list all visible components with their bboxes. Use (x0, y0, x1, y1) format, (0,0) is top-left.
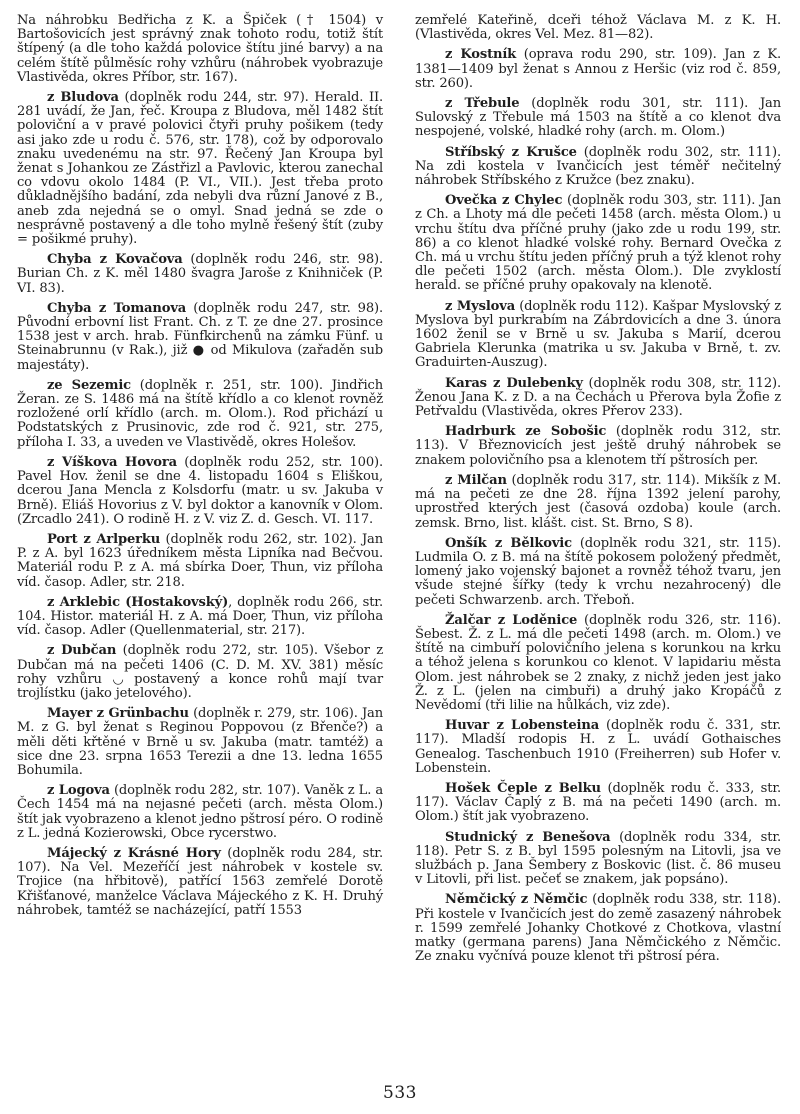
entry-name: ze Sezemic (47, 378, 131, 393)
entry-name: z Logova (47, 783, 110, 798)
entry-name: Němčický z Němčic (445, 892, 587, 907)
entry-z-kostnik: z Kostník (oprava rodu 290, str. 109). J… (415, 48, 781, 91)
right-column: zemřelé Kateřině, dceři téhož Václava M.… (415, 14, 781, 970)
entry-name: Studnický z Benešova (445, 830, 611, 845)
entry-onsik-z-belkovic: Onšík z Bělkovic (doplněk rodu 321, str.… (415, 537, 781, 608)
entry-name: z Kostník (445, 47, 516, 62)
entry-stribsky-z-krusce: Stříbský z Krušce (doplněk rodu 302, str… (415, 146, 781, 189)
entry-hosek-ceple-z-belku: Hošek Čeple z Belku (doplněk rodu č. 333… (415, 782, 781, 825)
left-column: Na náhrobku Bedřicha z K. a Špiček († 15… (17, 14, 383, 924)
entry-studnicky-z-benesova: Studnický z Benešova (doplněk rodu 334, … (415, 831, 781, 888)
entry-zalcar-z-lodenice: Žalčar z Loděnice (doplněk rodu 326, str… (415, 614, 781, 713)
entry-z-logova: z Logova (doplněk rodu 282, str. 107). V… (17, 784, 383, 841)
entry-continuation: zemřelé Kateřině, dceři téhož Václava M.… (415, 14, 781, 42)
entry-continuation: Na náhrobku Bedřicha z K. a Špiček († 15… (17, 14, 383, 85)
entry-mayer-z-grunbachu: Mayer z Grünbachu (doplněk r. 279, str. … (17, 707, 383, 778)
entry-name: Chyba z Kovačova (47, 252, 183, 267)
entry-z-bludova: z Bludova (doplněk rodu 244, str. 97). H… (17, 91, 383, 247)
entry-name: Ovečka z Chylec (445, 193, 562, 208)
entry-name: Májecký z Krásné Hory (47, 846, 221, 861)
page-number: 533 (0, 1083, 800, 1103)
entry-name: Port z Arlperku (47, 532, 160, 547)
entry-name: Onšík z Bělkovic (445, 536, 572, 551)
entry-name: z Víškova Hovora (47, 455, 177, 470)
entry-z-viskova-hovora: z Víškova Hovora (doplněk rodu 252, str.… (17, 456, 383, 527)
entry-name: z Třebule (445, 96, 519, 111)
document-page: Na náhrobku Bedřicha z K. a Špiček († 15… (0, 0, 800, 1114)
entry-ze-sezemic: ze Sezemic (doplněk r. 251, str. 100). J… (17, 379, 383, 450)
entry-port-z-arlperku: Port z Arlperku (doplněk rodu 262, str. … (17, 533, 383, 590)
entry-z-trebule: z Třebule (doplněk rodu 301, str. 111). … (415, 97, 781, 140)
entry-name: Chyba z Tomanova (47, 301, 186, 316)
entry-name: Hadrburk ze Sobošic (445, 424, 606, 439)
entry-majecky-z-krasne-hory: Májecký z Krásné Hory (doplněk rodu 284,… (17, 847, 383, 918)
entry-name: Mayer z Grünbachu (47, 706, 189, 721)
entry-name: Karas z Dulebenky (445, 376, 583, 391)
entry-name: Huvar z Lobensteina (445, 718, 599, 733)
entry-huvar-z-lobensteina: Huvar z Lobensteina (doplněk rodu č. 331… (415, 719, 781, 776)
entry-hadrburk-ze-sobosic: Hadrburk ze Sobošic (doplněk rodu 312, s… (415, 425, 781, 468)
entry-z-arklebic: z Arklebic (Hostakovský), doplněk rodu 2… (17, 596, 383, 639)
entry-z-milcan: z Milčan (doplněk rodu 317, str. 114). M… (415, 474, 781, 531)
entry-name: Hošek Čeple z Belku (445, 781, 601, 796)
entry-z-dubcan: z Dubčan (doplněk rodu 272, str. 105). V… (17, 644, 383, 701)
entry-name: z Bludova (47, 90, 119, 105)
entry-nemcicky-z-nemcic: Němčický z Němčic (doplněk rodu 338, str… (415, 893, 781, 964)
entry-chyba-z-tomanova: Chyba z Tomanova (doplněk rodu 247, str.… (17, 302, 383, 373)
entry-ovecka-z-chylec: Ovečka z Chylec (doplněk rodu 303, str. … (415, 194, 781, 293)
entry-name: Žalčar z Loděnice (445, 613, 577, 628)
entry-name: z Dubčan (47, 643, 116, 658)
entry-name: z Myslova (445, 299, 515, 314)
entry-z-myslova: z Myslova (doplněk rodu 112). Kašpar Mys… (415, 300, 781, 371)
entry-name: Stříbský z Krušce (445, 145, 577, 160)
entry-name: z Arklebic (Hostakovský) (47, 595, 228, 610)
entry-chyba-z-kovacova: Chyba z Kovačova (doplněk rodu 246, str.… (17, 253, 383, 296)
entry-karas-z-dulebenky: Karas z Dulebenky (doplněk rodu 308, str… (415, 377, 781, 420)
entry-name: z Milčan (445, 473, 507, 488)
